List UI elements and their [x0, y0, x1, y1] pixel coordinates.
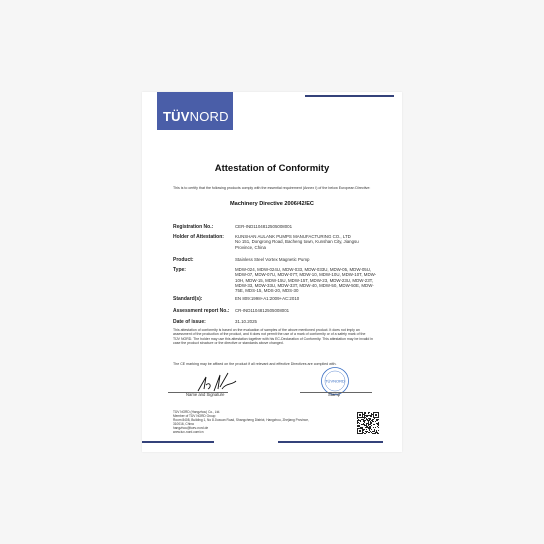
certificate-page: TÜVNORD Attestation of Conformity This i… [142, 92, 402, 452]
signature-label: Name and Signature [186, 392, 224, 397]
holder-address: No 151, Dongrong Road, Bacheng town, Kun… [235, 239, 377, 250]
logo-bold-text: TÜV [163, 109, 190, 124]
bottom-rule-left [142, 441, 214, 443]
footer-address: TÜV NORD (Hangzhou) Co., Ltd. Member of … [173, 410, 333, 435]
stamp-text: TÜVNORD [325, 379, 345, 384]
directive-heading: Machinery Directive 2006/42/EC [142, 201, 402, 207]
type-label: Type: [173, 267, 231, 273]
intro-text: This is to certify that the following pr… [173, 186, 373, 191]
product-value: Stainless Steel Vortex Magnetic Pump [235, 257, 377, 262]
logo-light-text: NORD [190, 109, 229, 124]
product-label: Product: [173, 257, 231, 263]
top-rule [305, 95, 394, 97]
footer-website: www.tuv-nord.com/cn [173, 430, 333, 434]
tuv-nord-logo: TÜVNORD [157, 92, 233, 130]
standards-value: EN 809:1998+A1:2009+AC:2010 [235, 296, 377, 301]
bottom-rule-right [278, 441, 383, 443]
date-label: Date of issue: [173, 319, 231, 325]
assessment-label: Assessment report No.: [173, 308, 231, 314]
assessment-value: CR-IND1104812505008001 [235, 308, 377, 313]
holder-value: KUNSHAN AULANK PUMPS MANUFACTURING CO., … [235, 234, 377, 250]
stamp-label: Stamp [328, 392, 340, 397]
standards-label: Standard(s): [173, 296, 231, 302]
holder-label: Holder of Attestation: [173, 234, 231, 240]
type-value: MDW-024, MDW-024U, MDW-033, MDW-033U, MD… [235, 267, 377, 293]
date-value: 31.10.2025 [235, 319, 377, 324]
registration-value: CER-IND1104812505008001 [235, 224, 377, 229]
registration-label: Registration No.: [173, 224, 231, 230]
qr-code-icon [357, 412, 379, 434]
document-title: Attestation of Conformity [142, 163, 402, 174]
disclaimer-text: This attestation of conformity is based … [173, 328, 373, 346]
